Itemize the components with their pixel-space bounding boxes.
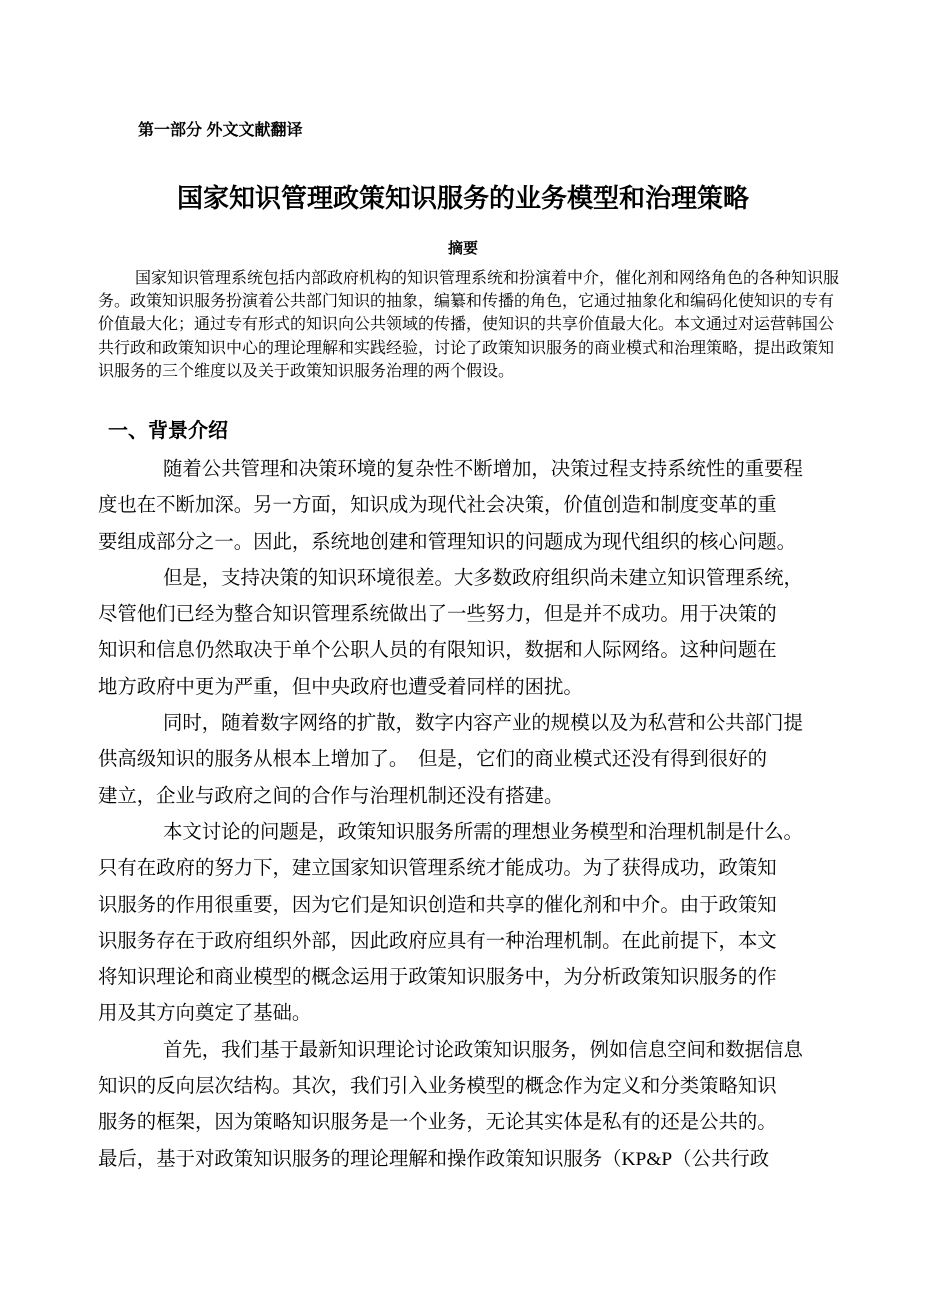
text-line: 识服务的三个维度以及关于政策知识服务治理的两个假设。 xyxy=(98,360,858,383)
text-line: 价值最大化；通过专有形式的知识向公共领域的传播，使知识的共享价值最大化。本文通过… xyxy=(98,313,858,336)
text-line: 同时，随着数字网络的扩散，数字内容产业的规模以及为私营和公共部门提 xyxy=(98,706,898,742)
text-line: 度也在不断加深。另一方面，知识成为现代社会决策，价值创造和制度变革的重 xyxy=(98,488,898,524)
paragraph: 但是，支持决策的知识环境很差。大多数政府组织尚未建立知识管理系统，尽管他们已经为… xyxy=(98,561,898,706)
text-line: 供高级知识的服务从根本上增加了。 但是，它们的商业模式还没有得到很好的 xyxy=(98,742,898,778)
text-line: 要组成部分之一。因此，系统地创建和管理知识的问题成为现代组织的核心问题。 xyxy=(98,525,898,561)
paragraph: 首先，我们基于最新知识理论讨论政策知识服务，例如信息空间和数据信息知识的反向层次… xyxy=(98,1033,898,1178)
text-line: 随着公共管理和决策环境的复杂性不断增加，决策过程支持系统性的重要程 xyxy=(98,452,898,488)
text-line: 地方政府中更为严重，但中央政府也遭受着同样的困扰。 xyxy=(98,670,898,706)
text-line: 本文讨论的问题是，政策知识服务所需的理想业务模型和治理机制是什么。 xyxy=(98,815,898,851)
document-title: 国家知识管理政策知识服务的业务模型和治理策略 xyxy=(0,178,926,215)
text-line: 但是，支持决策的知识环境很差。大多数政府组织尚未建立知识管理系统， xyxy=(98,561,898,597)
text-line: 建立，企业与政府之间的合作与治理机制还没有搭建。 xyxy=(98,779,898,815)
text-line: 用及其方向奠定了基础。 xyxy=(98,996,898,1032)
abstract-heading: 摘要 xyxy=(0,237,926,258)
paragraph: 随着公共管理和决策环境的复杂性不断增加，决策过程支持系统性的重要程度也在不断加深… xyxy=(98,452,898,561)
text-line: 尽管他们已经为整合知识管理系统做出了一些努力，但是并不成功。用于决策的 xyxy=(98,597,898,633)
part-heading: 第一部分 外文文献翻译 xyxy=(138,117,302,140)
text-line: 首先，我们基于最新知识理论讨论政策知识服务，例如信息空间和数据信息 xyxy=(98,1033,898,1069)
section-heading-background: 一、背景介绍 xyxy=(108,414,228,443)
document-page: 第一部分 外文文献翻译 国家知识管理政策知识服务的业务模型和治理策略 摘要 国家… xyxy=(0,0,926,1309)
text-line: 将知识理论和商业模型的概念运用于政策知识服务中，为分析政策知识服务的作 xyxy=(98,960,898,996)
section-body: 随着公共管理和决策环境的复杂性不断增加，决策过程支持系统性的重要程度也在不断加深… xyxy=(98,452,898,1178)
text-line: 只有在政府的努力下，建立国家知识管理系统才能成功。为了获得成功，政策知 xyxy=(98,851,898,887)
text-line: 共行政和政策知识中心的理论理解和实践经验，讨论了政策知识服务的商业模式和治理策略… xyxy=(98,337,858,360)
paragraph: 本文讨论的问题是，政策知识服务所需的理想业务模型和治理机制是什么。只有在政府的努… xyxy=(98,815,898,1033)
text-line: 识服务存在于政府组织外部，因此政府应具有一种治理机制。在此前提下，本文 xyxy=(98,924,898,960)
abstract-text: 国家知识管理系统包括内部政府机构的知识管理系统和扮演着中介，催化剂和网络角色的各… xyxy=(98,267,858,383)
text-line: 最后，基于对政策知识服务的理论理解和操作政策知识服务（KP&P（公共行政 xyxy=(98,1142,898,1178)
text-line: 服务的框架，因为策略知识服务是一个业务，无论其实体是私有的还是公共的。 xyxy=(98,1105,898,1141)
text-line: 知识和信息仍然取决于单个公职人员的有限知识，数据和人际网络。这种问题在 xyxy=(98,633,898,669)
paragraph: 同时，随着数字网络的扩散，数字内容产业的规模以及为私营和公共部门提供高级知识的服… xyxy=(98,706,898,815)
text-line: 识服务的作用很重要，因为它们是知识创造和共享的催化剂和中介。由于政策知 xyxy=(98,888,898,924)
text-line: 务。政策知识服务扮演着公共部门知识的抽象，编纂和传播的角色，它通过抽象化和编码化… xyxy=(98,290,858,313)
text-line: 国家知识管理系统包括内部政府机构的知识管理系统和扮演着中介，催化剂和网络角色的各… xyxy=(98,267,858,290)
text-line: 知识的反向层次结构。其次，我们引入业务模型的概念作为定义和分类策略知识 xyxy=(98,1069,898,1105)
paragraph: 国家知识管理系统包括内部政府机构的知识管理系统和扮演着中介，催化剂和网络角色的各… xyxy=(98,267,858,383)
